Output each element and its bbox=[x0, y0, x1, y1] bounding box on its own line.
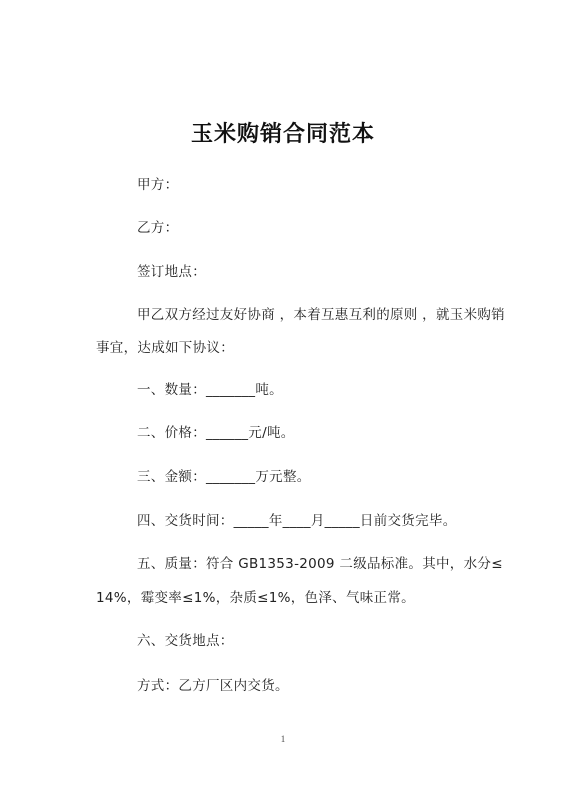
signing-place-label: 签订地点： bbox=[137, 264, 206, 280]
clause-amount: 三、金额：_______万元整。 bbox=[137, 469, 311, 485]
clause-delivery-time: 四、交货时间：_____年____月_____日前交货完毕。 bbox=[137, 513, 457, 529]
party-b-label: 乙方： bbox=[137, 220, 178, 236]
page-number: 1 bbox=[0, 734, 566, 744]
intro-paragraph-line-1: 甲乙双方经过友好协商 ，本着互惠互利的原则 ，就玉米购销 bbox=[137, 307, 505, 323]
clause-delivery-place: 六、交货地点： bbox=[137, 633, 234, 649]
document-title: 玉米购销合同范本 bbox=[0, 117, 566, 148]
clause-quantity: 一、数量：_______吨。 bbox=[137, 382, 283, 398]
party-a-label: 甲方： bbox=[137, 177, 178, 193]
clause-price: 二、价格：______元/吨。 bbox=[137, 425, 295, 441]
clause-quality-line-2: 14%，霉变率≤1%，杂质≤1%，色泽、气味正常。 bbox=[96, 590, 415, 606]
intro-paragraph-line-2: 事宜，达成如下协议： bbox=[96, 340, 234, 356]
document-page: 玉米购销合同范本 甲方： 乙方： 签订地点： 甲乙双方经过友好协商 ，本着互惠互… bbox=[0, 0, 566, 800]
delivery-method: 方式：乙方厂区内交货。 bbox=[137, 678, 289, 694]
clause-quality-line-1: 五、质量：符合 GB1353-2009 二级品标准。其中，水分≤ bbox=[137, 556, 503, 572]
